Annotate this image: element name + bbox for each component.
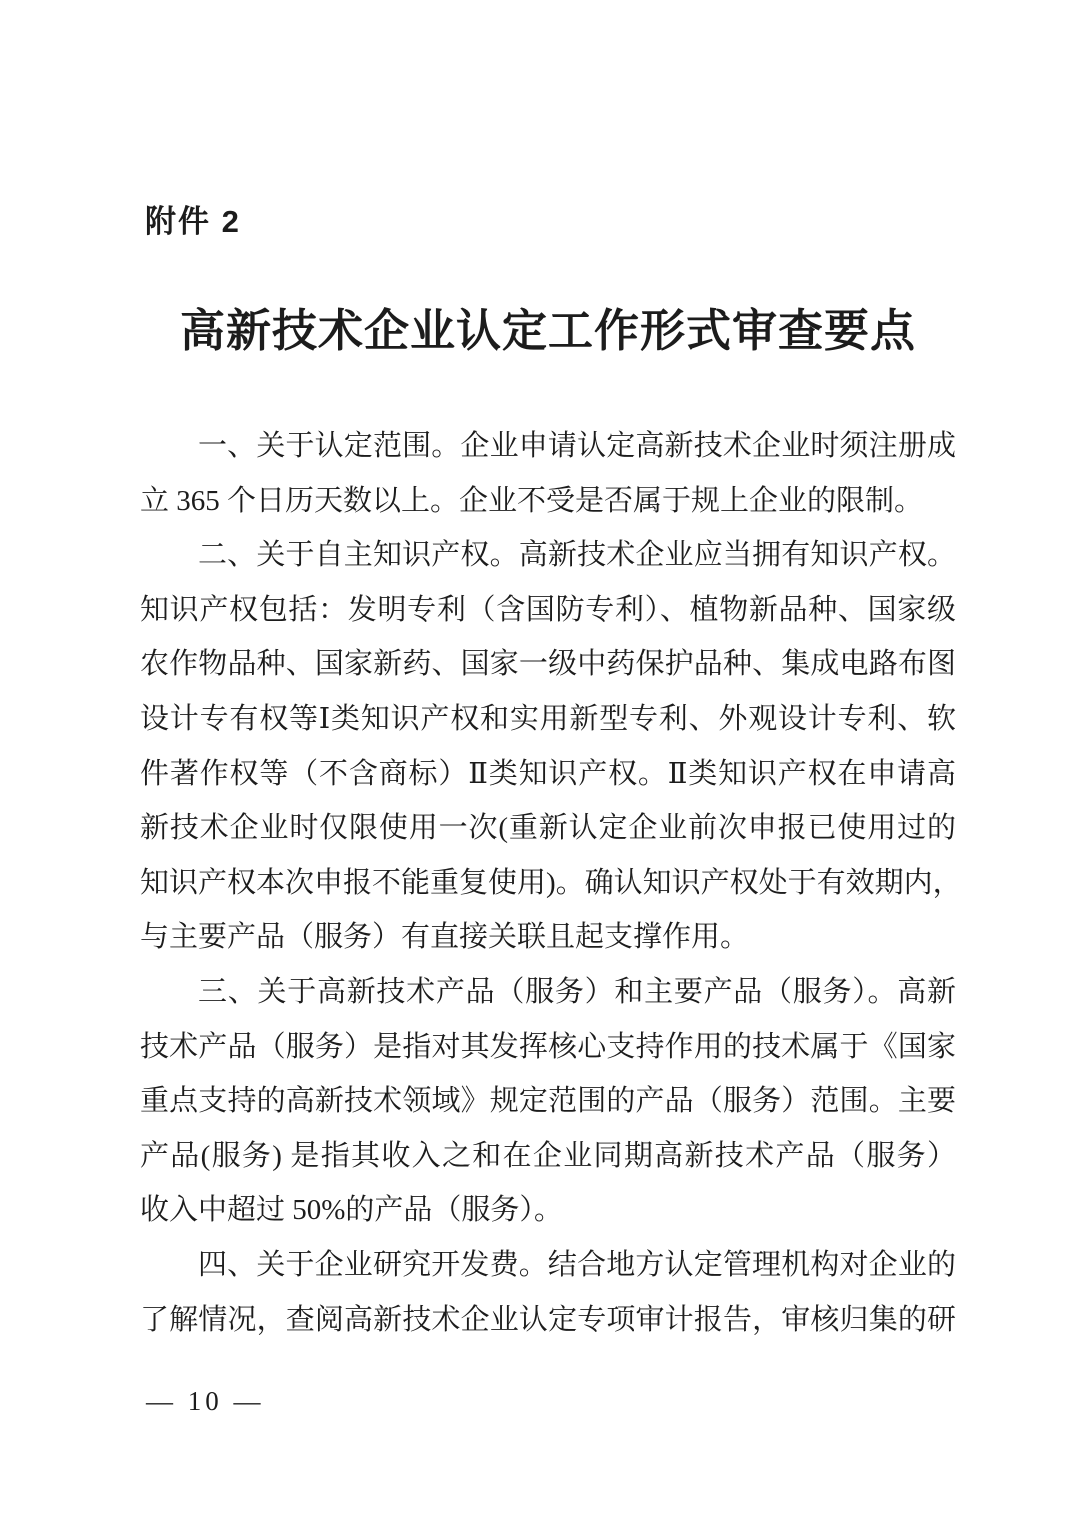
- body-line: 四、关于企业研究开发费。结合地方认定管理机构对企业的: [140, 1238, 956, 1293]
- body-line: 件著作权等（不含商标）Ⅱ类知识产权。Ⅱ类知识产权在申请高: [140, 747, 956, 802]
- document-page: 附件 2 高新技术企业认定工作形式审查要点 一、关于认定范围。企业申请认定高新技…: [0, 0, 1080, 1526]
- body-line: 知识产权本次申报不能重复使用)。确认知识产权处于有效期内，: [140, 856, 956, 911]
- body-line: 产品(服务) 是指其收入之和在企业同期高新技术产品（服务）: [140, 1129, 956, 1184]
- body-line: 重点支持的高新技术领域》规定范围的产品（服务）范围。主要: [140, 1074, 956, 1129]
- document-title: 高新技术企业认定工作形式审查要点: [140, 294, 956, 359]
- body-line: 三、关于高新技术产品（服务）和主要产品（服务）。高新: [140, 965, 956, 1020]
- body-line: 设计专有权等Ⅰ类知识产权和实用新型专利、外观设计专利、软: [140, 692, 956, 747]
- body-line: 收入中超过 50%的产品（服务）。: [140, 1183, 956, 1238]
- body-line: 二、关于自主知识产权。高新技术企业应当拥有知识产权。: [140, 528, 956, 583]
- body-line: 立 365 个日历天数以上。企业不受是否属于规上企业的限制。: [140, 474, 956, 529]
- body-line: 了解情况，查阅高新技术企业认定专项审计报告，审核归集的研: [140, 1293, 956, 1348]
- body-line: 一、关于认定范围。企业申请认定高新技术企业时须注册成: [140, 419, 956, 474]
- body-line: 与主要产品（服务）有直接关联且起支撑作用。: [140, 910, 956, 965]
- body-line: 农作物品种、国家新药、国家一级中药保护品种、集成电路布图: [140, 637, 956, 692]
- body-line: 技术产品（服务）是指对其发挥核心支持作用的技术属于《国家: [140, 1020, 956, 1075]
- page-number: — 10 —: [146, 1386, 265, 1417]
- body-line: 知识产权包括：发明专利（含国防专利）、植物新品种、国家级: [140, 583, 956, 638]
- document-body: 一、关于认定范围。企业申请认定高新技术企业时须注册成 立 365 个日历天数以上…: [140, 419, 956, 1347]
- attachment-label: 附件 2: [145, 196, 241, 241]
- body-line: 新技术企业时仅限使用一次(重新认定企业前次申报已使用过的: [140, 801, 956, 856]
